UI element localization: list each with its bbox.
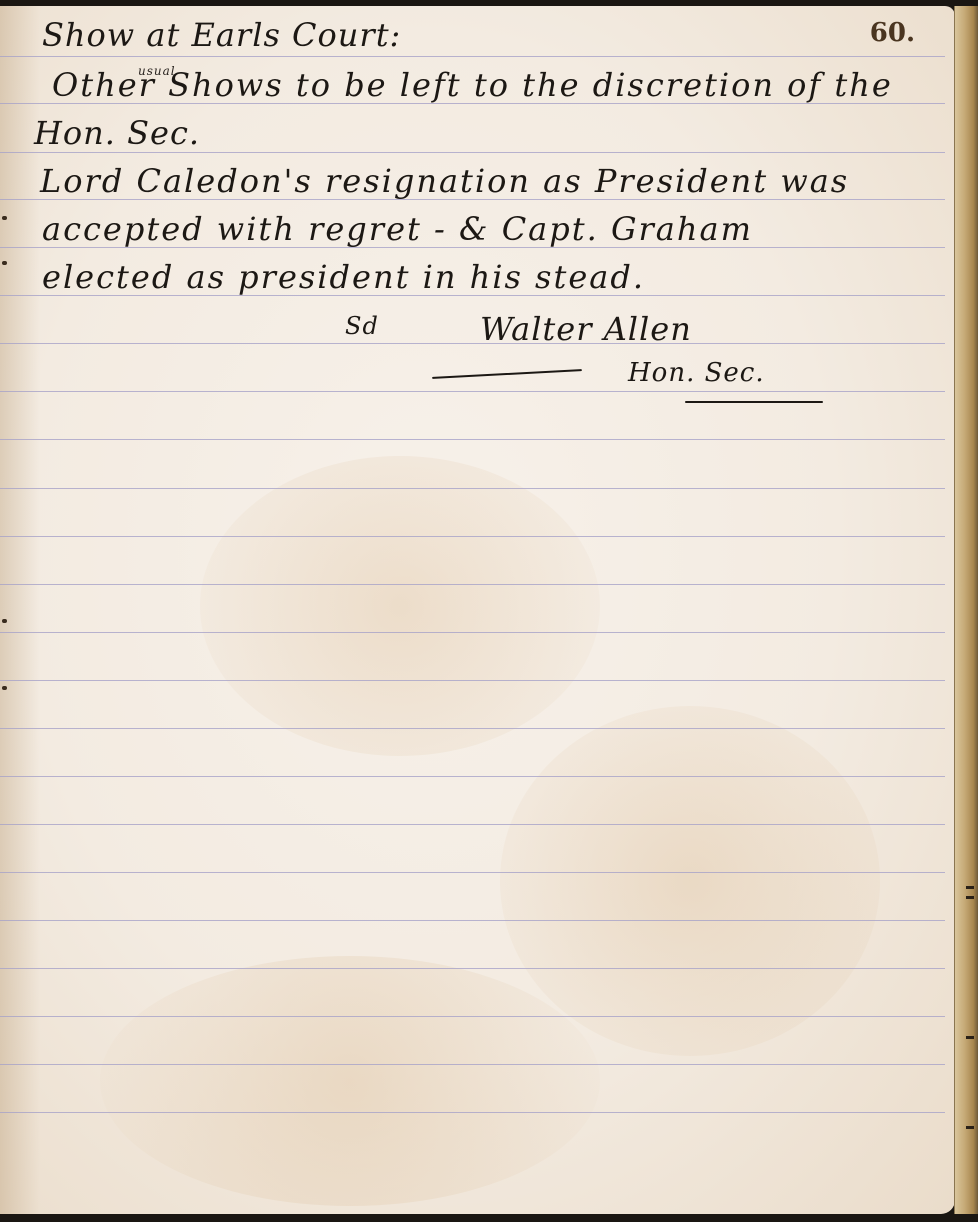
page-number: 60. [870, 18, 915, 48]
handwritten-line-1: Show at Earls Court: [42, 16, 401, 54]
ruled-line [0, 728, 945, 729]
ruled-line [0, 1064, 945, 1065]
paper-stain [500, 706, 880, 1056]
ruled-line [0, 56, 945, 57]
signature-prefix: Sd [345, 312, 379, 340]
ruled-line [0, 343, 945, 344]
margin-mark [2, 619, 7, 623]
notebook-page: 60. Show at Earls Court: usual Other Sho… [0, 6, 955, 1214]
ruled-line [0, 1112, 945, 1113]
ruled-line [0, 632, 945, 633]
ruled-line [0, 824, 945, 825]
margin-mark [2, 216, 7, 220]
signature-title: Hon. Sec. [628, 358, 765, 388]
handwritten-line-2: Other Shows to be left to the discretion… [52, 66, 893, 104]
paper-stain [200, 456, 600, 756]
ruled-line [0, 776, 945, 777]
edge-mark [966, 1036, 974, 1039]
ruled-line [0, 439, 945, 440]
ruled-line [0, 152, 945, 153]
page-edge [954, 6, 978, 1214]
ruled-line [0, 584, 945, 585]
handwritten-line-5: accepted with regret - & Capt. Graham [42, 210, 753, 248]
handwritten-line-3: Hon. Sec. [34, 114, 200, 152]
edge-mark [966, 1126, 974, 1129]
edge-mark [966, 886, 974, 889]
ruled-line [0, 536, 945, 537]
ruled-line [0, 680, 945, 681]
signature-name: Walter Allen [480, 310, 692, 348]
ruled-line [0, 391, 945, 392]
handwritten-line-6: elected as president in his stead. [42, 258, 645, 296]
margin-mark [2, 686, 7, 690]
signature-flourish [432, 369, 582, 379]
ruled-line [0, 920, 945, 921]
ruled-line [0, 488, 945, 489]
ruled-line [0, 1016, 945, 1017]
edge-mark [966, 896, 974, 899]
ruled-line [0, 968, 945, 969]
ruled-line [0, 872, 945, 873]
paper-stain [100, 956, 600, 1206]
margin-mark [2, 261, 7, 265]
handwritten-line-4: Lord Caledon's resignation as President … [40, 162, 849, 200]
signature-underline [685, 401, 823, 403]
